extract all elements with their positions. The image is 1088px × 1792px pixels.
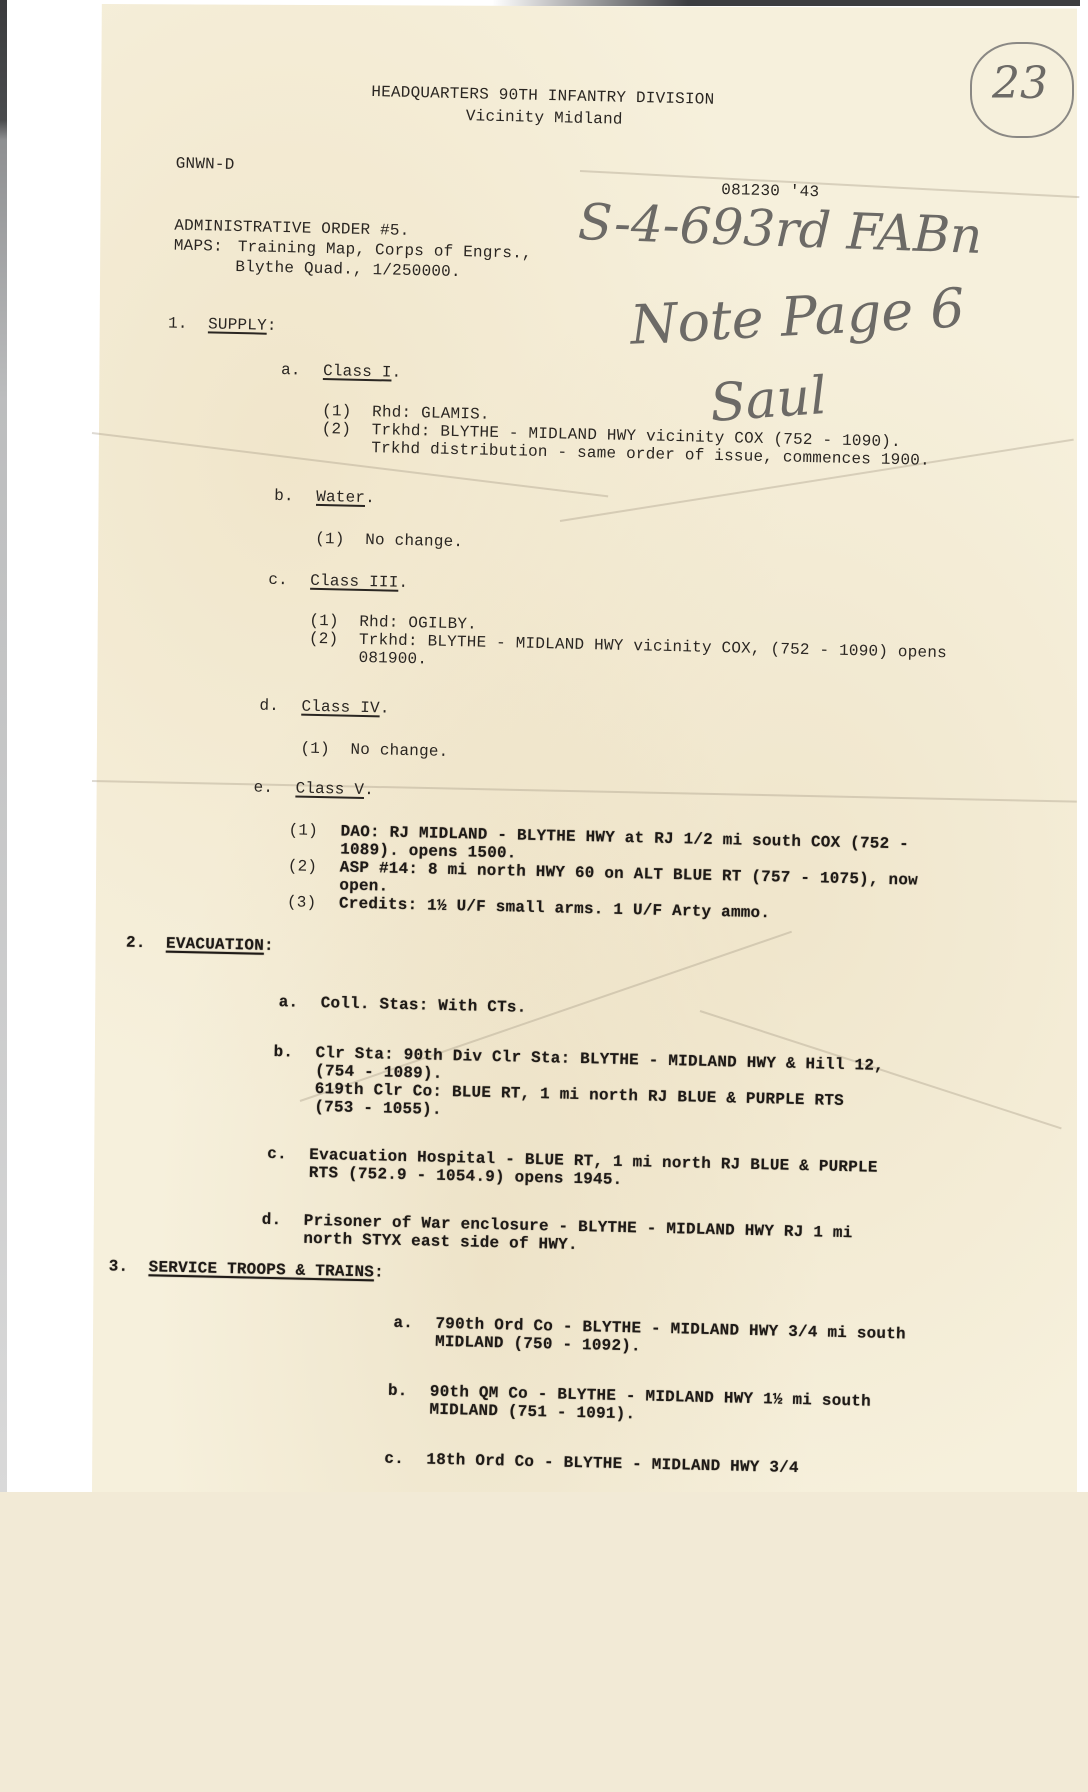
typed-document: HEADQUARTERS 90TH INFANTRY DIVISION Vici… <box>0 0 1088 1513</box>
supply-b-title: Water. <box>316 488 375 508</box>
section-2-title: EVACUATION: <box>166 935 274 956</box>
supply-b-letter: b. <box>274 487 294 506</box>
header-location: Vicinity Midland <box>466 107 623 130</box>
supply-d-1-text: No change. <box>350 741 448 762</box>
supply-d-1-num: (1) <box>300 740 330 760</box>
service-a-letter: a. <box>393 1314 413 1333</box>
section-3-colon: : <box>374 1263 384 1281</box>
section-3-title: SERVICE TROOPS & TRAINS: <box>148 1258 384 1282</box>
evac-b-line-4: (753 - 1055). <box>314 1098 442 1120</box>
reference-code: GNWN-D <box>175 155 234 175</box>
evac-d-letter: d. <box>262 1211 282 1230</box>
supply-e-5-num: (3) <box>287 893 317 913</box>
supply-a-2-num: (2) <box>321 420 351 440</box>
supply-c-1-num: (1) <box>309 612 339 632</box>
section-2-number: 2. <box>126 934 146 953</box>
bottom-margin <box>0 1492 1088 1792</box>
water-heading: Water <box>316 488 365 507</box>
section-2-colon: : <box>264 937 274 955</box>
maps-label: MAPS: <box>174 237 223 257</box>
supply-a-letter: a. <box>281 361 301 380</box>
supply-b-1-text: No change. <box>365 531 463 552</box>
supply-c-letter: c. <box>268 571 288 590</box>
supply-c-title: Class III. <box>310 572 408 593</box>
evac-b-letter: b. <box>273 1043 293 1062</box>
supply-d-letter: d. <box>259 697 279 716</box>
supply-a-1-num: (1) <box>322 402 352 422</box>
class-v-heading: Class V <box>295 779 364 799</box>
maps-line-2: Blythe Quad., 1/250000. <box>235 258 461 282</box>
service-c-line-1: 18th Ord Co - BLYTHE - MIDLAND HWY 3/4 <box>426 1451 799 1478</box>
supply-e-5-text: Credits: 1½ U/F small arms. 1 U/F Arty a… <box>339 894 771 923</box>
evac-a-text: Coll. Stas: With CTs. <box>320 994 526 1018</box>
class-iii-heading: Class III <box>310 572 399 592</box>
class-i-heading: Class I <box>323 362 392 382</box>
supply-c-2-text: Trkhd: BLYTHE - MIDLAND HWY vicinity COX… <box>359 631 947 663</box>
supply-e-1-num: (1) <box>288 821 318 841</box>
section-3-heading: SERVICE TROOPS & TRAINS <box>148 1258 374 1281</box>
supply-b-1-num: (1) <box>315 530 345 550</box>
supply-e-letter: e. <box>253 779 273 798</box>
supply-e-3-text: ASP #14: 8 mi north HWY 60 on ALT BLUE R… <box>340 858 919 890</box>
section-1-number: 1. <box>168 314 188 333</box>
date-time-group: 081230 '43 <box>721 181 819 202</box>
supply-c-2-num: (2) <box>309 630 339 650</box>
supply-c-3-text: 081900. <box>358 649 427 670</box>
supply-e-title: Class V. <box>295 779 374 800</box>
supply-d-title: Class IV. <box>301 698 390 719</box>
header-title: HEADQUARTERS 90TH INFANTRY DIVISION <box>371 83 714 110</box>
service-b-line-2: MIDLAND (751 - 1091). <box>429 1401 635 1425</box>
service-b-letter: b. <box>388 1382 408 1401</box>
class-iv-heading: Class IV <box>301 698 380 718</box>
evac-c-letter: c. <box>267 1145 287 1164</box>
section-3-number: 3. <box>108 1257 128 1276</box>
section-2-heading: EVACUATION <box>166 935 264 955</box>
service-c-letter: c. <box>384 1450 404 1469</box>
service-a-line-2: MIDLAND (750 - 1092). <box>435 1333 641 1357</box>
supply-e-4-text: open. <box>339 876 388 896</box>
section-1-title: SUPPLY: <box>208 315 277 336</box>
supply-a-title: Class I. <box>323 362 402 383</box>
supply-e-3-num: (2) <box>288 857 318 877</box>
section-1-heading: SUPPLY <box>208 315 267 334</box>
evac-a-letter: a. <box>278 993 298 1012</box>
section-1-colon: : <box>267 317 277 335</box>
